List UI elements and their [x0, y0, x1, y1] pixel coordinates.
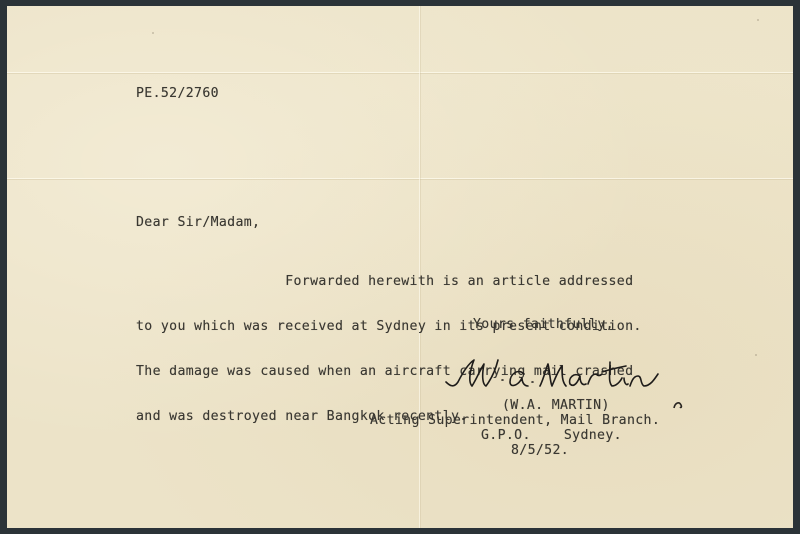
typed-name: (W.A. MARTIN)	[502, 398, 610, 413]
job-title: Acting Superintendent, Mail Branch.	[370, 413, 660, 428]
office-location: G.P.O. Sydney.	[481, 428, 622, 443]
salutation: Dear Sir/Madam,	[136, 215, 260, 230]
fold-line-top	[7, 72, 793, 73]
body-line: Forwarded herewith is an article address…	[136, 274, 642, 289]
closing: Yours faithfully,	[473, 317, 614, 332]
ink-blot	[673, 399, 683, 409]
paper-speck	[152, 32, 154, 34]
paper-speck	[757, 19, 759, 21]
fold-line-middle	[7, 178, 793, 179]
letter-date: 8/5/52.	[511, 443, 569, 458]
reference-number: PE.52/2760	[136, 86, 219, 101]
handwritten-signature	[440, 352, 680, 402]
paper-speck	[755, 354, 757, 356]
scanned-document: PE.52/2760 Dear Sir/Madam, Forwarded her…	[0, 0, 800, 534]
